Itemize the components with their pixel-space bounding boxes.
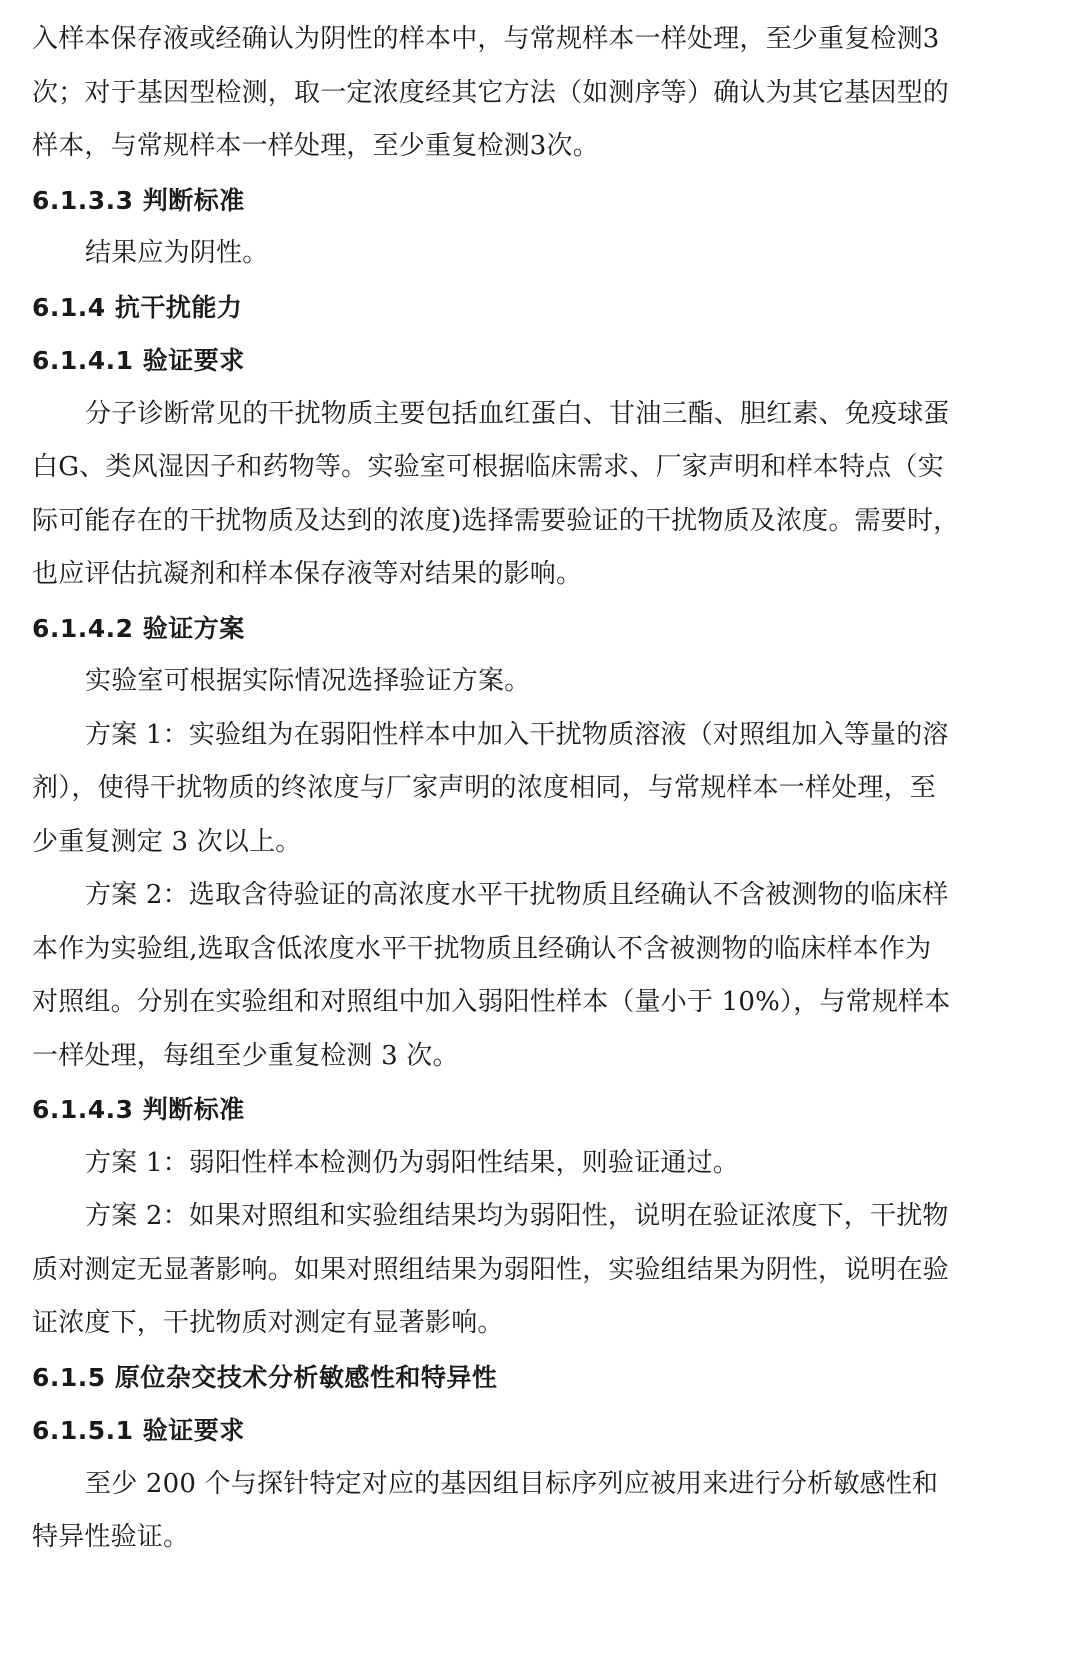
section-title: 原位杂交技术分析敏感性和特异性 bbox=[115, 1363, 498, 1392]
paragraph-criterion-1: 方案 1：弱阳性样本检测仍为弱阳性结果，则验证通过。 bbox=[32, 1137, 978, 1191]
section-heading-6-1-5-1: 6.1.5.1 验证要求 bbox=[32, 1404, 978, 1458]
section-number: 6.1.4.2 bbox=[32, 614, 134, 643]
section-heading-6-1-5: 6.1.5 原位杂交技术分析敏感性和特异性 bbox=[32, 1351, 978, 1405]
section-title: 判断标准 bbox=[143, 1095, 245, 1124]
text-line: 质对测定无显著影响。如果对照组结果为弱阳性，实验组结果为阴性，说明在验 bbox=[32, 1244, 978, 1298]
text-line: 样本，与常规样本一样处理，至少重复检测3次。 bbox=[32, 120, 978, 174]
text-line: 也应评估抗凝剂和样本保存液等对结果的影响。 bbox=[32, 548, 978, 602]
section-title: 验证方案 bbox=[143, 614, 245, 643]
paragraph: 至少 200 个与探针特定对应的基因组目标序列应被用来进行分析敏感性和 特异性验… bbox=[32, 1458, 978, 1565]
section-number: 6.1.5.1 bbox=[32, 1416, 134, 1445]
text-line: 一样处理，每组至少重复检测 3 次。 bbox=[32, 1030, 978, 1084]
text-line: 本作为实验组,选取含低浓度水平干扰物质且经确认不含被测物的临床样本作为 bbox=[32, 923, 978, 977]
text-line: 对照组。分别在实验组和对照组中加入弱阳性样本（量小于 10%），与常规样本 bbox=[32, 976, 978, 1030]
section-heading-6-1-4-3: 6.1.4.3 判断标准 bbox=[32, 1083, 978, 1137]
text-line: 白G、类风湿因子和药物等。实验室可根据临床需求、厂家声明和样本特点（实 bbox=[32, 441, 978, 495]
paragraph-scheme-2: 方案 2：选取含待验证的高浓度水平干扰物质且经确认不含被测物的临床样 本作为实验… bbox=[32, 869, 978, 1083]
text-line: 结果应为阴性。 bbox=[32, 227, 978, 281]
text-line: 际可能存在的干扰物质及达到的浓度)选择需要验证的干扰物质及浓度。需要时， bbox=[32, 495, 978, 549]
text-line: 方案 1：实验组为在弱阳性样本中加入干扰物质溶液（对照组加入等量的溶 bbox=[32, 709, 978, 763]
section-heading-6-1-4-1: 6.1.4.1 验证要求 bbox=[32, 334, 978, 388]
section-title: 验证要求 bbox=[143, 346, 245, 375]
paragraph: 实验室可根据实际情况选择验证方案。 bbox=[32, 655, 978, 709]
paragraph-criterion-2: 方案 2：如果对照组和实验组结果均为弱阳性，说明在验证浓度下，干扰物 质对测定无… bbox=[32, 1190, 978, 1351]
paragraph: 分子诊断常见的干扰物质主要包括血红蛋白、甘油三酯、胆红素、免疫球蛋 白G、类风湿… bbox=[32, 388, 978, 602]
section-number: 6.1.3.3 bbox=[32, 186, 134, 215]
text-line: 方案 2：选取含待验证的高浓度水平干扰物质且经确认不含被测物的临床样 bbox=[32, 869, 978, 923]
text-line: 至少 200 个与探针特定对应的基因组目标序列应被用来进行分析敏感性和 bbox=[32, 1458, 978, 1512]
section-heading-6-1-3-3: 6.1.3.3 判断标准 bbox=[32, 174, 978, 228]
text-line: 入样本保存液或经确认为阴性的样本中，与常规样本一样处理，至少重复检测3 bbox=[32, 13, 978, 67]
text-line: 次；对于基因型检测，取一定浓度经其它方法（如测序等）确认为其它基因型的 bbox=[32, 67, 978, 121]
section-number: 6.1.5 bbox=[32, 1363, 106, 1392]
section-heading-6-1-4: 6.1.4 抗干扰能力 bbox=[32, 281, 978, 335]
text-line: 方案 1：弱阳性样本检测仍为弱阳性结果，则验证通过。 bbox=[32, 1137, 978, 1191]
text-line: 证浓度下，干扰物质对测定有显著影响。 bbox=[32, 1297, 978, 1351]
section-number: 6.1.4.3 bbox=[32, 1095, 134, 1124]
text-line: 剂），使得干扰物质的终浓度与厂家声明的浓度相同，与常规样本一样处理，至 bbox=[32, 762, 978, 816]
text-line: 少重复测定 3 次以上。 bbox=[32, 816, 978, 870]
section-number: 6.1.4.1 bbox=[32, 346, 134, 375]
text-line: 方案 2：如果对照组和实验组结果均为弱阳性，说明在验证浓度下，干扰物 bbox=[32, 1190, 978, 1244]
section-title: 抗干扰能力 bbox=[115, 293, 243, 322]
text-line: 分子诊断常见的干扰物质主要包括血红蛋白、甘油三酯、胆红素、免疫球蛋 bbox=[32, 388, 978, 442]
section-number: 6.1.4 bbox=[32, 293, 106, 322]
section-heading-6-1-4-2: 6.1.4.2 验证方案 bbox=[32, 602, 978, 656]
section-title: 判断标准 bbox=[143, 186, 245, 215]
paragraph-scheme-1: 方案 1：实验组为在弱阳性样本中加入干扰物质溶液（对照组加入等量的溶 剂），使得… bbox=[32, 709, 978, 870]
paragraph: 入样本保存液或经确认为阴性的样本中，与常规样本一样处理，至少重复检测3 次；对于… bbox=[32, 13, 978, 174]
document-page: 入样本保存液或经确认为阴性的样本中，与常规样本一样处理，至少重复检测3 次；对于… bbox=[32, 13, 978, 1565]
text-line: 特异性验证。 bbox=[32, 1511, 978, 1565]
paragraph: 结果应为阴性。 bbox=[32, 227, 978, 281]
section-title: 验证要求 bbox=[143, 1416, 245, 1445]
text-line: 实验室可根据实际情况选择验证方案。 bbox=[32, 655, 978, 709]
